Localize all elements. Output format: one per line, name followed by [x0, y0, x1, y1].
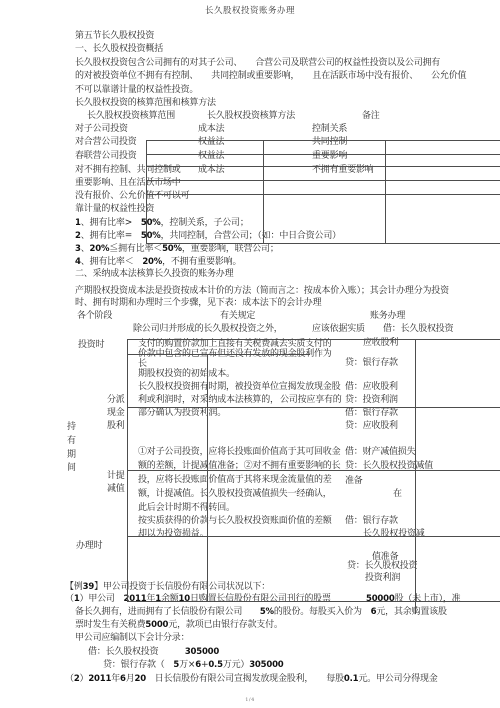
- text-line: 长: [138, 359, 147, 369]
- scope-table-border-v: [385, 140, 386, 243]
- text-line: 长久股权投资核算范围: [87, 111, 175, 121]
- text-line: 额，计提减值。长久股权投资减值损失一经确认，: [138, 489, 332, 499]
- text-line: 重要影响: [312, 151, 347, 161]
- steps-table-border-h: [127, 407, 500, 408]
- text-line: 计提: [107, 471, 125, 481]
- text-line: 长久股权投资的核算范围和核算方法: [75, 98, 216, 108]
- scope-table-border-h: [146, 194, 500, 195]
- text-line: 长久股权投资拥有时期，被投资单位宣揭发放现金股: [138, 382, 340, 392]
- text-line: 支付的购置价款加上直接有关税费减去实质支付的: [138, 339, 332, 349]
- text-line: 权益法: [198, 151, 224, 161]
- text-line: 借：应收股利: [345, 382, 398, 392]
- text-line: 准备: [345, 476, 363, 486]
- text-line: 间: [67, 463, 76, 473]
- text-line: 借：财产减值损失: [345, 447, 415, 457]
- text-line: 按实质获得的价款与长久股权投资账面价值的差额: [138, 516, 332, 526]
- text-line: （1）甲公司 2011年1余额10日购置长信股份有限公司刊行的股票 50000股…: [65, 594, 460, 604]
- text-line: 应该依据实质: [312, 324, 365, 334]
- text-line: 贷：银行存款: [345, 358, 398, 368]
- text-line: 有: [67, 436, 76, 446]
- text-line: 3、20%≦拥有比率＜50%，重要影响，联营公司；: [75, 244, 279, 254]
- steps-table-border-h: [127, 470, 500, 471]
- steps-table-border-h: [127, 536, 500, 537]
- text-line: 在: [393, 489, 402, 499]
- text-line: 除公司归并形成的长久股权投资之外，: [133, 324, 283, 334]
- text-line: 第五节长久股权投资: [75, 31, 154, 41]
- scope-table-border-h: [146, 154, 500, 155]
- text-line: 1、拥有比率> 50%，控制关系，子公司；: [75, 218, 249, 228]
- text-line: 共同控制: [312, 137, 347, 147]
- text-line: 贷：长久股权投资: [347, 561, 417, 571]
- text-line: 借：长久股权投资: [383, 324, 453, 334]
- text-line: 借：银行存款: [345, 516, 398, 526]
- page-number: 1/4: [0, 697, 500, 703]
- text-line: （2）2011年6月20 日长信股份有限公司宣揭发放现金股利， 每股0.1元。甲…: [65, 674, 438, 684]
- text-line: 【例39】甲公司投资于长信股份有限公司状况以下：: [65, 582, 270, 592]
- text-line: 投资利润: [365, 573, 400, 583]
- text-line: 成本法: [198, 124, 224, 134]
- text-line: 股利: [107, 421, 125, 431]
- text-line: 有关规定: [220, 311, 255, 321]
- text-line: 的对被投资单位不拥有有控制、 共同控制或重要影响， 且在活跃市场中没有报价、 公…: [75, 71, 466, 81]
- text-line: 借：银行存款: [345, 408, 398, 418]
- text-line: 持: [67, 422, 76, 432]
- text-line: 利或利润时，对采纳成本法核算的，: [138, 395, 279, 405]
- text-line: 备注: [362, 111, 380, 121]
- text-line: 长久股权投资包含公司拥有的对其子公司、 合营公司及联营公司的权益性投资以及公司拥…: [75, 58, 440, 68]
- steps-table-border-v: [415, 339, 416, 614]
- text-line: 长久股权投资核算方法: [207, 111, 295, 121]
- text-line: 投资时: [78, 340, 104, 350]
- steps-table-border-v: [207, 354, 208, 601]
- text-line: 贷：应收股利: [345, 421, 398, 431]
- text-line: 靠计量的权益性投资: [75, 204, 154, 214]
- document-page: 长久股权投资账务办理 第五节长久股权投资一、长久股权投资概括长久股权投资包含公司…: [0, 0, 500, 708]
- text-line: 4、拥有比率＜ 20%，不拥有重要影响。: [75, 257, 241, 267]
- text-line: 2、拥有比率= 50%，共同控制，合营公司；（如：中日合资公司）: [75, 231, 341, 241]
- text-line: 部分确认为投资利润。: [138, 408, 226, 418]
- text-line: 贷：投资利润: [345, 395, 398, 405]
- text-line: 却以为投资损益。: [138, 529, 208, 539]
- text-line: 借：长久股权投资 305000: [88, 647, 219, 657]
- text-line: 备长久拥有，进而拥有了长信股份有限公司 5%的股份。每股买入价为 6元，其余购置…: [75, 607, 447, 617]
- scope-table-border-h: [146, 166, 500, 167]
- text-line: 权益法: [198, 137, 224, 147]
- scope-table-border-v: [263, 140, 264, 243]
- text-line: 分派: [107, 395, 125, 405]
- text-line: 时、拥有时期和办理时三个步骤，见下表：成本法下的会计办理: [75, 298, 321, 308]
- scope-table-border-v: [146, 140, 147, 243]
- steps-table-border-v: [127, 339, 128, 601]
- scope-table-border-h: [146, 243, 500, 244]
- text-line: 办理时: [76, 541, 102, 551]
- text-line: 春联营公司投资: [75, 151, 137, 161]
- text-line: 各个阶段: [77, 311, 112, 321]
- text-line: 投，应将长投账面价值高于其将来现金流量值的差: [138, 475, 332, 485]
- text-line: 二、采纳成本法核算长久投资的账务办理: [75, 269, 233, 279]
- text-line: 期: [67, 450, 76, 460]
- steps-table-border-h: [127, 354, 310, 355]
- text-line: 减值: [107, 484, 125, 494]
- text-line: 账务办理: [370, 311, 405, 321]
- text-line: 贷：银行存款（ 5万×6+0.5万元）305000: [103, 660, 284, 670]
- scope-table-border-h: [146, 180, 500, 181]
- text-line: 控制关系: [312, 124, 347, 134]
- document-title: 长久股权投资账务办理: [0, 4, 500, 16]
- scope-table-border-h: [146, 140, 500, 141]
- text-line: ①对子公司投资，应将长投账面价值高于其可回收金: [138, 447, 340, 457]
- text-line: 产期股权投资成本法是投资按成本计价的方法（简而言之：按成本价入账）；其会计办理分…: [75, 286, 449, 296]
- text-line: 甲公司应编制以下会计分录：: [75, 633, 189, 643]
- text-line: 一、长久股权投资概括: [75, 44, 163, 54]
- text-line: 期股权投资的初始成本。: [138, 369, 235, 379]
- steps-table-border-h: [127, 339, 500, 340]
- text-line: 没有报价、公允价值不可以可: [75, 191, 189, 201]
- text-line: 此后会计时期不得转回。: [138, 503, 235, 513]
- text-line: 票时发生有关税费5000元，款项已由银行存款支付。: [75, 620, 283, 630]
- text-line: 公司按应享有的: [280, 395, 342, 405]
- text-line: 对子公司投资: [75, 124, 128, 134]
- text-line: 不可以靠谱计量的权益性投资。: [75, 85, 198, 95]
- text-line: 对合营公司投资: [75, 137, 137, 147]
- text-line: 现金: [107, 408, 125, 418]
- steps-table-border-h: [127, 601, 500, 602]
